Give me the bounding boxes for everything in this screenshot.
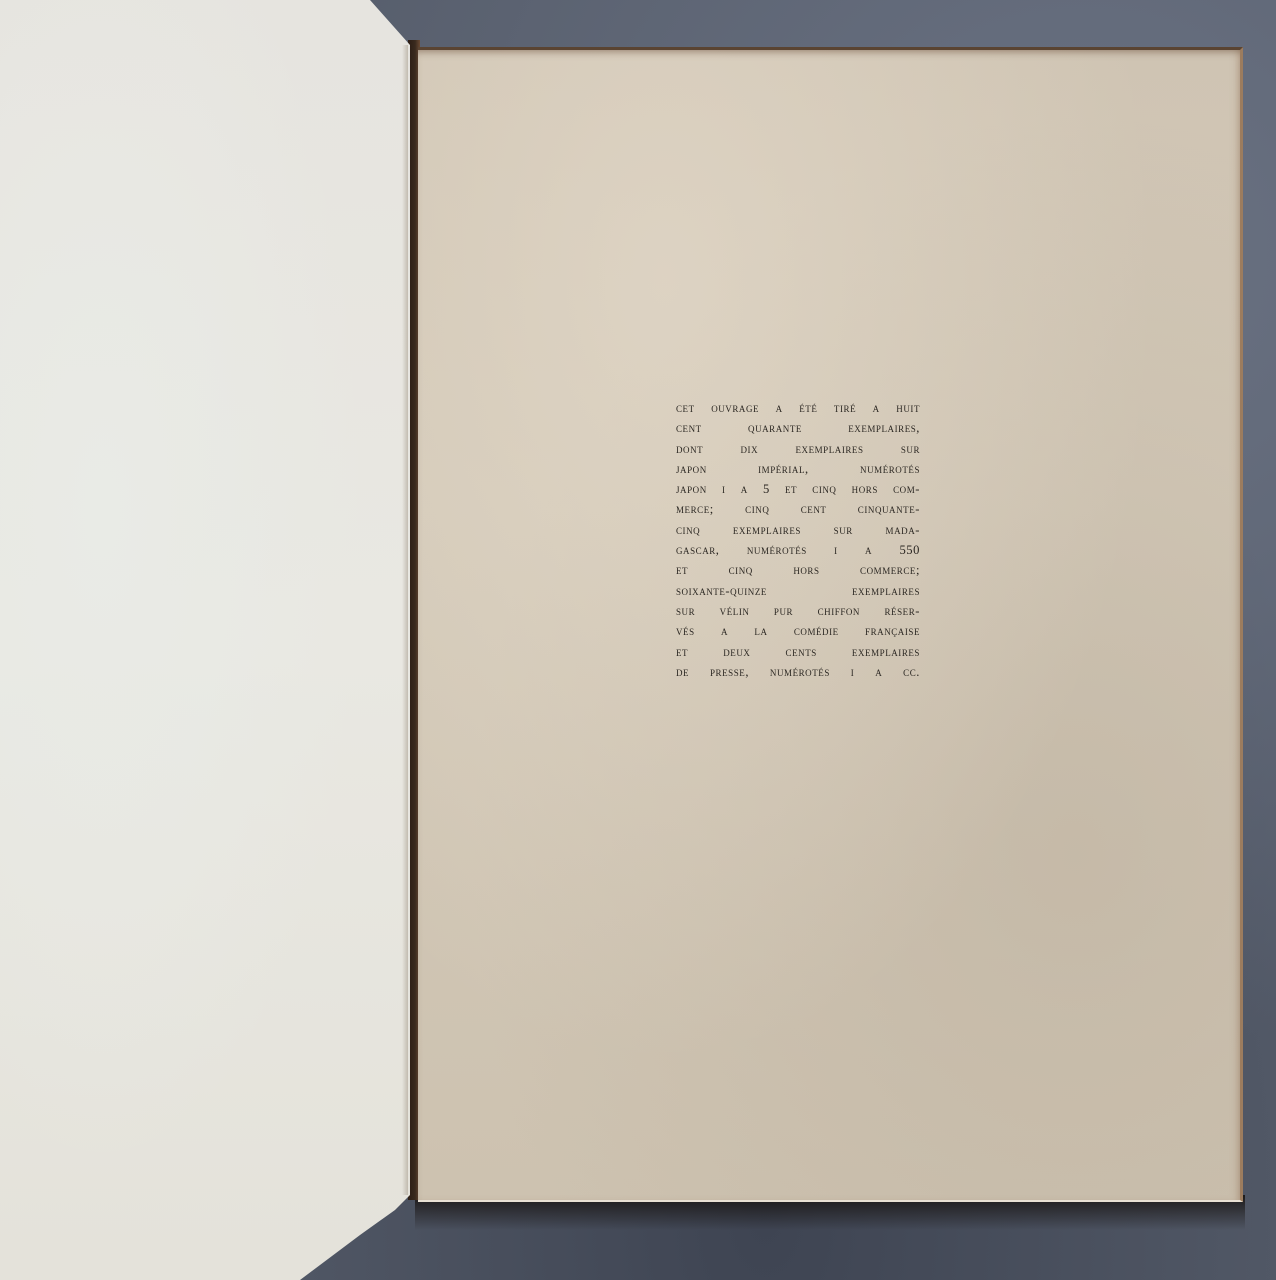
left-page-blank [0,0,410,1280]
colophon-line: VÉS A LA COMÉDIE FRANÇAISE [676,621,920,641]
colophon-line: CET OUVRAGE A ÉTÉ TIRÉ A HUIT [676,398,920,418]
colophon-line: GASCAR, NUMÉROTÉS I A 550 [676,540,920,560]
colophon-line: SOIXANTE-QUINZE EXEMPLAIRES [676,581,920,601]
colophon-line: ET CINQ HORS COMMERCE; [676,560,920,580]
colophon-line: MERCE; CINQ CENT CINQUANTE- [676,499,920,519]
colophon-line: CENT QUARANTE EXEMPLAIRES, [676,418,920,438]
colophon-line: DONT DIX EXEMPLAIRES SUR [676,439,920,459]
colophon-line: JAPON I A 5 ET CINQ HORS COM- [676,479,920,499]
colophon-line: ET DEUX CENTS EXEMPLAIRES [676,642,920,662]
colophon-line: CINQ EXEMPLAIRES SUR MADA- [676,520,920,540]
left-page-edge [402,45,408,1195]
colophon-line: DE PRESSE, NUMÉROTÉS I A CC. [676,662,920,682]
colophon-line: SUR VÉLIN PUR CHIFFON RÉSER- [676,601,920,621]
colophon-line: JAPON IMPÉRIAL, NUMÉROTÉS [676,459,920,479]
colophon-text-block: CET OUVRAGE A ÉTÉ TIRÉ A HUIT CENT QUARA… [676,398,920,682]
